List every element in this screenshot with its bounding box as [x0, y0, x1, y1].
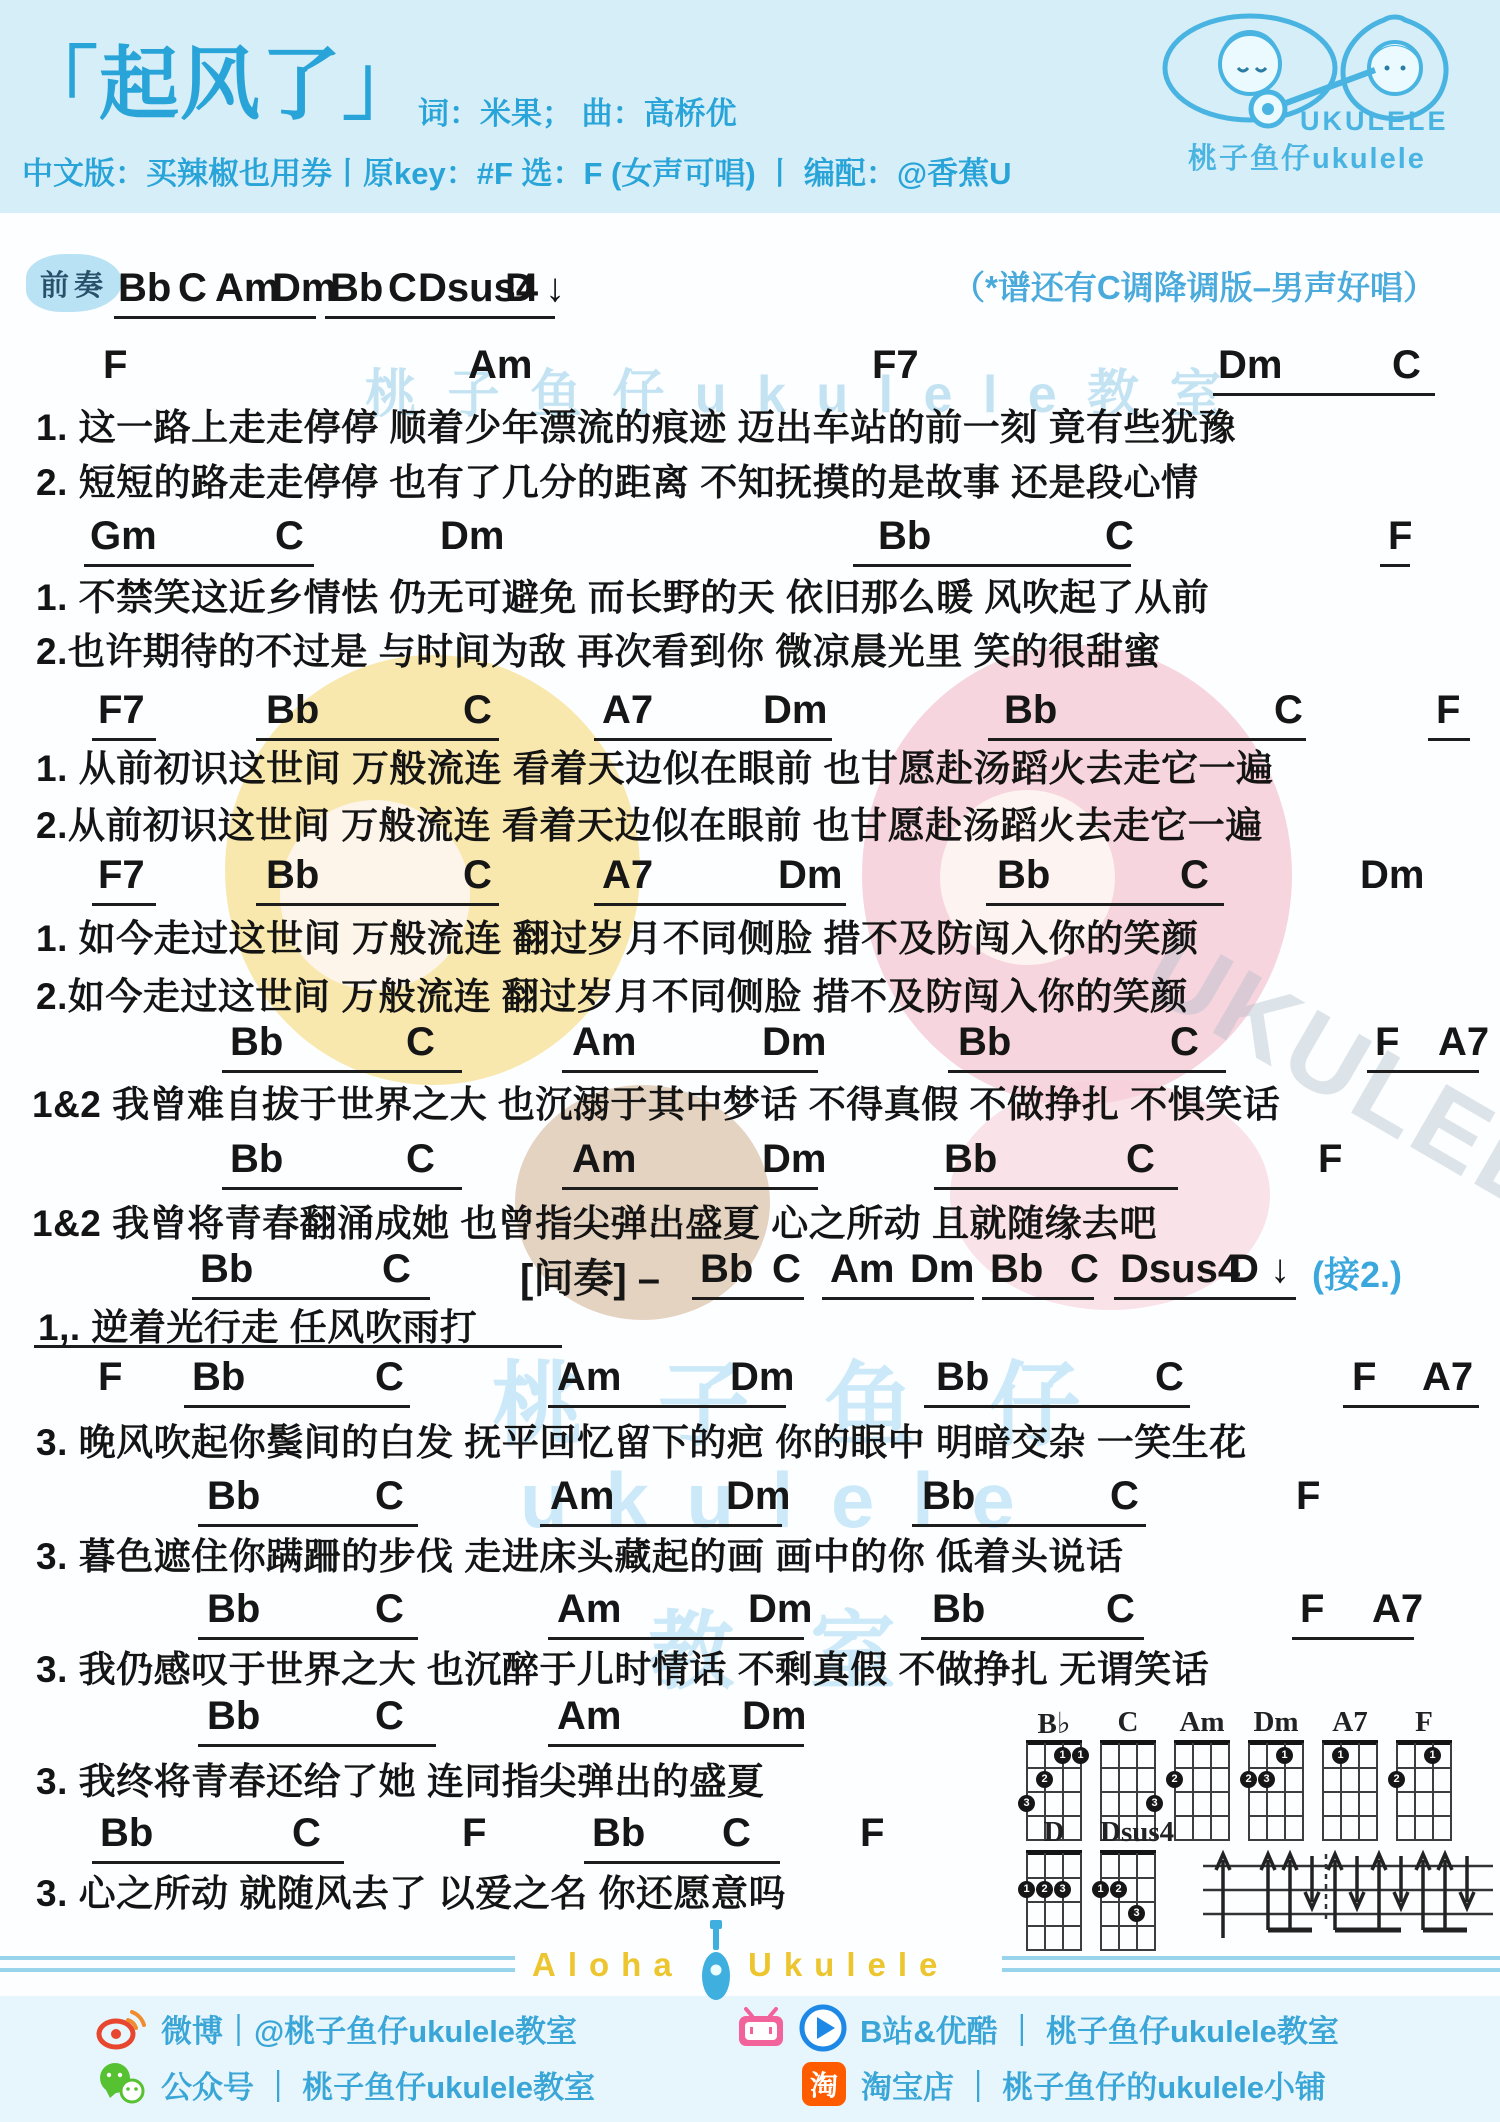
taobao-icon: 淘 [800, 2060, 848, 2108]
lyric-underline [34, 1345, 562, 1348]
chord-label: Dm [748, 1587, 812, 1632]
chord-underline [1292, 1637, 1414, 1640]
fret-line [1026, 1791, 1082, 1793]
chord-label: Am [550, 1474, 614, 1519]
chord-label: C [1106, 1587, 1135, 1632]
chord-label: C [275, 514, 304, 559]
chord-underline [934, 1187, 1178, 1190]
string-line [1044, 1853, 1046, 1949]
chord-underline [548, 1405, 786, 1408]
chord-label: Bb [922, 1474, 975, 1519]
fret-line [1100, 1901, 1156, 1903]
chord-label: C [1180, 853, 1209, 898]
chord-diagram-label: F [1396, 1706, 1452, 1739]
lyric-line: 2. 短短的路走走停停 也有了几分的距离 不知抚摸的是故事 还是段心情 [36, 452, 1198, 506]
finger-dot: 1 [1276, 1747, 1293, 1764]
chord-diagram-label: Dm [1248, 1706, 1304, 1739]
finger-dot: 2 [1110, 1881, 1127, 1898]
finger-dot: 2 [1166, 1771, 1183, 1788]
chord-label: Dm [1218, 343, 1282, 388]
chord-label: Bb [936, 1355, 989, 1400]
chord-label: Dm [742, 1694, 806, 1739]
chord-label: C [1170, 1020, 1199, 1065]
chord-label: C [1126, 1137, 1155, 1182]
lyric-line: 2.如今走过这世间 万般流连 翻过岁月不同侧脸 措不及防闯入你的笑颜 [36, 966, 1188, 1020]
chord-label: Dm [1360, 853, 1424, 898]
chord-label: Bb [230, 1020, 283, 1065]
lyric-line: 3. 晚风吹起你鬓间的白发 抚平回忆留下的疤 你的眼中 明暗交杂 一笑生花 [36, 1412, 1247, 1466]
fret-line [1248, 1791, 1304, 1793]
chord-diagram-label: C [1100, 1706, 1156, 1739]
chord-label: F [98, 1355, 122, 1400]
string-line [1192, 1743, 1194, 1839]
chord-label: A7 [1372, 1587, 1423, 1632]
chord-underline [184, 1405, 410, 1408]
chord-label: F [462, 1811, 486, 1856]
wechat-icon [96, 2060, 148, 2108]
lyric-line: 3. 暮色遮住你蹒跚的步伐 走进床头藏起的画 画中的你 低着头说话 [36, 1526, 1123, 1580]
nut [1026, 1740, 1082, 1745]
chord-label: C [722, 1811, 751, 1856]
youku-icon [799, 2004, 847, 2052]
chord-label: Dm [272, 266, 336, 311]
chord-label: Bb [990, 1247, 1043, 1292]
chord-label: C [1070, 1247, 1099, 1292]
chord-label: Am [557, 1355, 621, 1400]
chord-diagram: 123 [1248, 1740, 1304, 1840]
chord-diagram: 123 [1026, 1850, 1082, 1950]
chord-diagram-label: B♭ [1026, 1706, 1082, 1741]
chord-label: F7 [98, 853, 145, 898]
footer-item-wechat: 公众号 ｜ 桃子鱼仔ukulele教室 [96, 2060, 595, 2108]
chord-label: Bb [932, 1587, 985, 1632]
song-credits: 词：米果； 曲：高桥优 [418, 88, 737, 133]
chord-diagram-label: D [1026, 1816, 1082, 1849]
lyric-line: 1. 从前初识这世间 万般流连 看着天边似在眼前 也甘愿赴汤蹈火去走它一遍 [36, 738, 1273, 792]
chord-underline [562, 1070, 818, 1073]
fret-line [1396, 1767, 1452, 1769]
fret-line [1248, 1815, 1304, 1817]
lyric-line: 1&2 我曾难自拔于世界之大 也沉溺于其中梦话 不得真假 不做挣扎 不惧笑话 [32, 1074, 1280, 1128]
chord-label: C [406, 1020, 435, 1065]
fret-line [1174, 1839, 1230, 1841]
chord-label: Bb [700, 1247, 753, 1292]
string-line [1228, 1743, 1230, 1839]
fret-line [1174, 1815, 1230, 1817]
divider-word-ukulele: Ukulele [748, 1946, 949, 1984]
chord-underline [548, 1744, 804, 1747]
chord-label: Bb [207, 1694, 260, 1739]
fret-line [1396, 1839, 1452, 1841]
chord-underline [1367, 1070, 1479, 1073]
chord-underline [1343, 1405, 1479, 1408]
chord-label: C [375, 1694, 404, 1739]
chord-label: C [375, 1587, 404, 1632]
chord-label: F [103, 343, 127, 388]
chord-label: Dm [762, 1020, 826, 1065]
fret-line [1100, 1877, 1156, 1879]
chord-label: F [860, 1811, 884, 1856]
finger-dot: 2 [1388, 1771, 1405, 1788]
chord-underline [256, 903, 499, 906]
brand-name: 桃子鱼仔ukulele [1188, 136, 1426, 177]
chord-label: F [1352, 1355, 1376, 1400]
chord-label: Dm [726, 1474, 790, 1519]
chord-label: Dm [763, 688, 827, 733]
string-line [1376, 1743, 1378, 1839]
song-meta: 中文版：买辣椒也用券丨原key：#F 选：F (女声可唱) 丨 编配：@香蕉U [22, 148, 1012, 193]
fret-line [1174, 1767, 1230, 1769]
chord-label: C [388, 266, 417, 311]
chord-diagram: 2 [1174, 1740, 1230, 1840]
lyric-line: 2.从前初识这世间 万般流连 看着天边似在眼前 也甘愿赴汤蹈火去走它一遍 [36, 795, 1263, 849]
weibo-icon [96, 2004, 148, 2052]
chord-underline [114, 316, 210, 319]
chord-label: F [1388, 514, 1412, 559]
chord-label: F [1436, 688, 1460, 733]
chord-label: C [375, 1355, 404, 1400]
chord-label: (接2.) [1312, 1247, 1402, 1298]
prelude-note: （*谱还有C调降调版–男声好唱） [952, 262, 1436, 309]
footer-item-taobao: 淘 淘宝店 ｜ 桃子鱼仔的ukulele小铺 [800, 2060, 1326, 2108]
chord-label: C [178, 266, 207, 311]
finger-dot: 3 [1146, 1795, 1163, 1812]
chord-label: Bb [592, 1811, 645, 1856]
fret-line [1026, 1901, 1082, 1903]
finger-dot: 1 [1092, 1881, 1109, 1898]
fret-line [1322, 1815, 1378, 1817]
chord-underline [562, 1187, 818, 1190]
chord-label: C [375, 1474, 404, 1519]
chord-label: Bb [100, 1811, 153, 1856]
chord-label: Gm [90, 514, 157, 559]
finger-dot: 1 [1424, 1747, 1441, 1764]
divider-line [0, 1968, 515, 1972]
footer-label: 微博｜@桃子鱼仔ukulele教室 [161, 2006, 577, 2051]
chord-underline [222, 1070, 462, 1073]
finger-dot: 3 [1258, 1771, 1275, 1788]
footer-item-weibo: 微博｜@桃子鱼仔ukulele教室 [96, 2004, 577, 2052]
divider-line [1002, 1968, 1500, 1972]
string-line [1174, 1743, 1176, 1839]
divider-line [0, 1956, 515, 1960]
chord-underline [1213, 393, 1435, 396]
fret-line [1026, 1877, 1082, 1879]
chord-label: Bb [230, 1137, 283, 1182]
finger-dot: 1 [1332, 1747, 1349, 1764]
chord-sheet-page: 「起风了」 词：米果； 曲：高桥优 中文版：买辣椒也用券丨原key：#F 选：F… [0, 0, 1500, 2122]
chord-underline [198, 1744, 436, 1747]
song-title: 「起风了」 [18, 20, 423, 135]
fret-line [1248, 1767, 1304, 1769]
lyric-line: 3. 我仍感叹于世界之大 也沉醉于儿时情话 不剩真假 不做挣扎 无谓笑话 [36, 1639, 1209, 1693]
chord-underline [413, 316, 555, 319]
footer-label: 公众号 ｜ 桃子鱼仔ukulele教室 [161, 2062, 595, 2107]
fret-line [1248, 1839, 1304, 1841]
string-line [1210, 1743, 1212, 1839]
chord-underline [692, 1297, 804, 1300]
chord-label: Am [468, 343, 532, 388]
prelude-badge: 前奏 [26, 254, 122, 312]
chord-label: A7 [602, 853, 653, 898]
chord-label: F [1375, 1020, 1399, 1065]
chord-underline [822, 1297, 974, 1300]
string-line [1248, 1743, 1250, 1839]
chord-label: C [292, 1811, 321, 1856]
chord-label: Dm [910, 1247, 974, 1292]
fret-line [1322, 1839, 1378, 1841]
chord-label: C [1105, 514, 1134, 559]
bilibili-icon [736, 2006, 786, 2050]
chord-underline [1380, 564, 1410, 567]
lyric-line: 1. 如今走过这世间 万般流连 翻过岁月不同侧脸 措不及防闯入你的笑颜 [36, 908, 1198, 962]
chord-label: F [1318, 1137, 1342, 1182]
brand-logo-icon: UKULELE [1150, 8, 1470, 136]
chord-underline [325, 316, 417, 319]
lyric-line: 3. 心之所动 就随风去了 以爱之名 你还愿意吗 [36, 1863, 786, 1917]
lyric-line: 1,. 逆着光行走 任风吹雨打 [38, 1297, 477, 1351]
finger-dot: 3 [1054, 1881, 1071, 1898]
string-line [1062, 1853, 1064, 1949]
string-line [1026, 1853, 1028, 1949]
finger-dot: 1 [1018, 1881, 1035, 1898]
chord-diagram: 123 [1100, 1850, 1156, 1950]
string-line [1118, 1853, 1120, 1949]
nut [1322, 1740, 1378, 1745]
chord-label: A7 [602, 688, 653, 733]
lyric-line: 1. 不禁笑这近乡情怯 仍无可避免 而长野的天 依旧那么暖 风吹起了从前 [36, 567, 1209, 621]
taobao-glyph: 淘 [810, 2070, 838, 2101]
chord-label: Bb [878, 514, 931, 559]
footer-label: B站&优酷 ｜ 桃子鱼仔ukulele教室 [860, 2006, 1339, 2051]
fret-line [1396, 1791, 1452, 1793]
strum-pattern-icon [1198, 1846, 1498, 1956]
string-line [1136, 1853, 1138, 1949]
chord-label: Bb [266, 853, 319, 898]
fret-line [1396, 1815, 1452, 1817]
string-line [1322, 1743, 1324, 1839]
footer-item-bilibili-youku: B站&优酷 ｜ 桃子鱼仔ukulele教室 [736, 2004, 1339, 2052]
chord-diagram: 12 [1396, 1740, 1452, 1840]
chord-label: Dm [778, 853, 842, 898]
fret-line [1100, 1791, 1156, 1793]
chord-underline [1114, 1297, 1296, 1300]
chord-underline [924, 1405, 1190, 1408]
fret-line [1100, 1767, 1156, 1769]
chord-underline [594, 903, 846, 906]
string-line [1414, 1743, 1416, 1839]
finger-dot: 2 [1036, 1771, 1053, 1788]
finger-dot: 3 [1128, 1905, 1145, 1922]
chord-label: C [772, 1247, 801, 1292]
chord-label: F7 [872, 343, 919, 388]
chord-label: Am [830, 1247, 894, 1292]
finger-dot: 1 [1054, 1747, 1071, 1764]
chord-label: F [1300, 1587, 1324, 1632]
chord-label: Bb [200, 1247, 253, 1292]
chord-underline [948, 1070, 1226, 1073]
chord-diagram-label: Am [1174, 1706, 1230, 1739]
chord-label: D ↓ [505, 266, 565, 311]
nut [1174, 1740, 1230, 1745]
chord-label: Bb [944, 1137, 997, 1182]
string-line [1396, 1743, 1398, 1839]
chord-label: Dsus4 [1120, 1247, 1240, 1292]
chord-underline [210, 316, 316, 319]
finger-dot: 2 [1036, 1881, 1053, 1898]
chord-label: Am [572, 1137, 636, 1182]
chord-label: Am [215, 266, 279, 311]
chord-underline [986, 903, 1224, 906]
chord-label: C [1110, 1474, 1139, 1519]
chord-diagram-label: Dsus4 [1100, 1816, 1156, 1849]
lyric-line: 1. 这一路上走走停停 顺着少年漂流的痕迹 迈出车站的前一刻 竟有些犹豫 [36, 397, 1236, 451]
chord-label: A7 [1422, 1355, 1473, 1400]
finger-dot: 2 [1240, 1771, 1257, 1788]
chord-label: C [1274, 688, 1303, 733]
nut [1248, 1740, 1304, 1745]
fret-line [1174, 1791, 1230, 1793]
string-line [1358, 1743, 1360, 1839]
finger-dot: 3 [1018, 1795, 1035, 1812]
nut [1026, 1850, 1082, 1855]
chord-label: Dm [440, 514, 504, 559]
chord-label: C [463, 688, 492, 733]
chord-diagram-label: A7 [1322, 1706, 1378, 1739]
lyric-line: 2.也许期待的不过是 与时间为敌 再次看到你 微凉晨光里 笑的很甜蜜 [36, 621, 1161, 675]
chord-label: Bb [266, 688, 319, 733]
string-line [1154, 1853, 1156, 1949]
chord-underline [1428, 738, 1470, 741]
fret-line [1100, 1949, 1156, 1951]
divider-word-aloha: Aloha [532, 1946, 684, 1984]
chord-underline [222, 1187, 462, 1190]
chord-label: C [463, 853, 492, 898]
chord-label: Dm [730, 1355, 794, 1400]
chord-label: Bb [207, 1474, 260, 1519]
chord-label: Am [557, 1587, 621, 1632]
chord-label: Bb [207, 1587, 260, 1632]
nut [1396, 1740, 1452, 1745]
fret-line [1026, 1949, 1082, 1951]
chord-label: Bb [118, 266, 171, 311]
chord-label: Am [572, 1020, 636, 1065]
chord-diagram: 1 [1322, 1740, 1378, 1840]
nut [1100, 1850, 1156, 1855]
chord-label: Bb [1004, 688, 1057, 733]
divider-line [1002, 1956, 1500, 1960]
lyric-line: 3. 我终将青春还给了她 连同指尖弹出的盛夏 [36, 1751, 764, 1805]
string-line [1080, 1853, 1082, 1949]
chord-label: F [1296, 1474, 1320, 1519]
fret-line [1322, 1767, 1378, 1769]
fret-line [1100, 1925, 1156, 1927]
fret-line [1322, 1791, 1378, 1793]
chord-label: Am [557, 1694, 621, 1739]
lyric-line: 1&2 我曾将青春翻涌成她 也曾指尖弹出盛夏 心之所动 且就随缘去吧 [32, 1193, 1157, 1247]
fret-line [1026, 1767, 1082, 1769]
chord-label: Bb [958, 1020, 1011, 1065]
chord-label: Dm [762, 1137, 826, 1182]
chord-label: D ↓ [1230, 1247, 1290, 1292]
string-line [1302, 1743, 1304, 1839]
chord-label: F7 [98, 688, 145, 733]
string-line [1450, 1743, 1452, 1839]
fret-line [1026, 1925, 1082, 1927]
string-line [1266, 1743, 1268, 1839]
chord-label: C [1155, 1355, 1184, 1400]
chord-label: C [1392, 343, 1421, 388]
chord-underline [982, 1297, 1094, 1300]
finger-dot: 1 [1072, 1747, 1089, 1764]
string-line [1100, 1853, 1102, 1949]
chord-underline [92, 903, 156, 906]
chord-label: C [406, 1137, 435, 1182]
footer-label: 淘宝店 ｜ 桃子鱼仔的ukulele小铺 [861, 2062, 1326, 2107]
chord-label: C [382, 1247, 411, 1292]
ukulele-icon [701, 1920, 731, 2002]
chord-label: Bb [192, 1355, 245, 1400]
chord-label: [间奏] – [520, 1247, 660, 1304]
brand-wordmark: UKULELE [1300, 106, 1449, 136]
chord-label: Bb [330, 266, 383, 311]
chord-label: A7 [1438, 1020, 1489, 1065]
chord-label: Bb [997, 853, 1050, 898]
nut [1100, 1740, 1156, 1745]
